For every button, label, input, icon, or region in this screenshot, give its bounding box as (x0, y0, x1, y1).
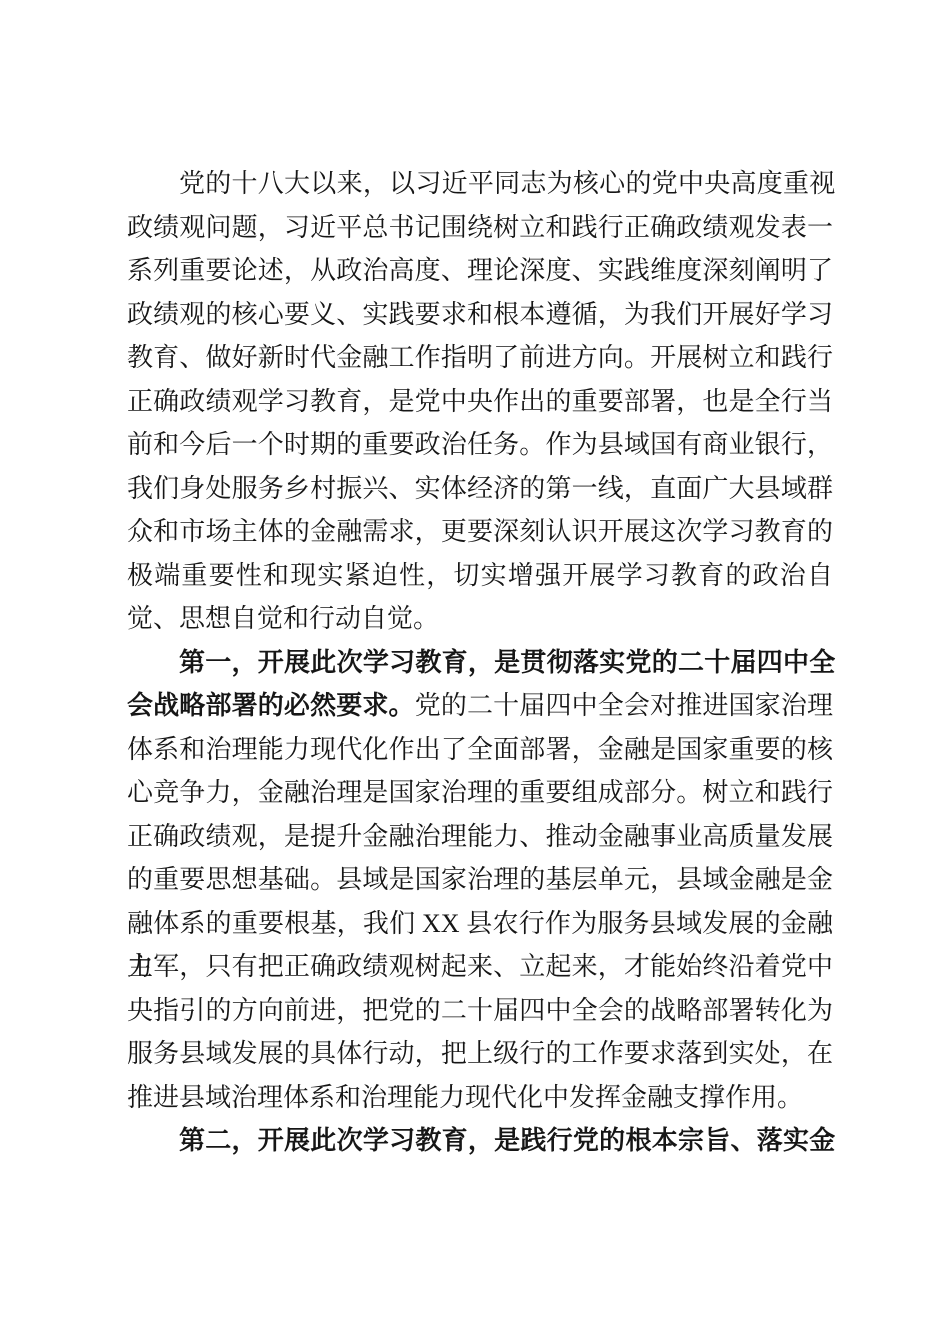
text-line: 服务县域发展的具体行动，把上级行的工作要求落到实处，在 (127, 1032, 833, 1076)
text-line: 力军，只有把正确政绩观树起来、立起来，才能始终沿着党中 (127, 945, 833, 989)
text-run: 正确政绩观学习教育，是党中央作出的重要部署，也是全行当 (127, 387, 833, 416)
text-run: 党的十八大以来，以习近平同志为核心的党中央高度重视 (179, 169, 833, 198)
bold-text-run: 第一，开展此次学习教育，是贯彻落实党的二十届四中全 (179, 648, 833, 677)
text-line: 第一，开展此次学习教育，是贯彻落实党的二十届四中全 (127, 641, 833, 685)
text-line: 会战略部署的必然要求。党的二十届四中全会对推进国家治理 (127, 684, 833, 728)
text-line: 的重要思想基础。县域是国家治理的基层单元，县域金融是金 (127, 858, 833, 902)
text-line: 推进县域治理体系和治理能力现代化中发挥金融支撑作用。 (127, 1076, 833, 1120)
text-line: 教育、做好新时代金融工作指明了前进方向。开展树立和践行 (127, 336, 833, 380)
text-run: 前和今后一个时期的重要政治任务。作为县域国有商业银行， (127, 430, 833, 459)
document-page: 党的十八大以来，以习近平同志为核心的党中央高度重视政绩观问题，习近平总书记围绕树… (0, 0, 950, 1344)
text-line: 极端重要性和现实紧迫性，切实增强开展学习教育的政治自 (127, 554, 833, 598)
text-run: 政绩观问题，习近平总书记围绕树立和践行正确政绩观发表一 (127, 213, 833, 242)
text-line: 系列重要论述，从政治高度、理论深度、实践维度深刻阐明了 (127, 249, 833, 293)
text-run: 央指引的方向前进，把党的二十届四中全会的战略部署转化为 (127, 996, 833, 1025)
text-run: 政绩观的核心要义、实践要求和根本遵循，为我们开展好学习 (127, 300, 833, 329)
bold-text-run: 第二，开展此次学习教育，是践行党的根本宗旨、落实金 (179, 1126, 833, 1155)
text-line: 正确政绩观学习教育，是党中央作出的重要部署，也是全行当 (127, 380, 833, 424)
text-line: 觉、思想自觉和行动自觉。 (127, 597, 833, 641)
text-line: 众和市场主体的金融需求，更要深刻认识开展这次学习教育的 (127, 510, 833, 554)
text-run: 正确政绩观，是提升金融治理能力、推动金融事业高质量发展 (127, 822, 833, 851)
bold-text-run: 会战略部署的必然要求。 (127, 691, 415, 720)
text-run: 服务县域发展的具体行动，把上级行的工作要求落到实处，在 (127, 1039, 833, 1068)
text-line: 心竞争力，金融治理是国家治理的重要组成部分。树立和践行 (127, 771, 833, 815)
text-run: 众和市场主体的金融需求，更要深刻认识开展这次学习教育的 (127, 517, 833, 546)
text-run: 心竞争力，金融治理是国家治理的重要组成部分。树立和践行 (127, 778, 833, 807)
text-line: 政绩观问题，习近平总书记围绕树立和践行正确政绩观发表一 (127, 206, 833, 250)
text-line: 我们身处服务乡村振兴、实体经济的第一线，直面广大县域群 (127, 467, 833, 511)
text-run: 觉、思想自觉和行动自觉。 (127, 604, 439, 633)
text-line: 前和今后一个时期的重要政治任务。作为县域国有商业银行， (127, 423, 833, 467)
text-run: 教育、做好新时代金融工作指明了前进方向。开展树立和践行 (127, 343, 833, 372)
text-run: 推进县域治理体系和治理能力现代化中发挥金融支撑作用。 (127, 1083, 803, 1112)
text-line: 正确政绩观，是提升金融治理能力、推动金融事业高质量发展 (127, 815, 833, 859)
text-line: 央指引的方向前进，把党的二十届四中全会的战略部署转化为 (127, 989, 833, 1033)
text-line: 党的十八大以来，以习近平同志为核心的党中央高度重视 (127, 162, 833, 206)
text-run: 体系和治理能力现代化作出了全面部署，金融是国家重要的核 (127, 735, 833, 764)
text-line: 第二，开展此次学习教育，是践行党的根本宗旨、落实金 (127, 1119, 833, 1163)
text-run: 我们身处服务乡村振兴、实体经济的第一线，直面广大县域群 (127, 474, 833, 503)
text-line: 融体系的重要根基，我们 XX 县农行作为服务县域发展的金融主 (127, 902, 833, 946)
text-run: 系列重要论述，从政治高度、理论深度、实践维度深刻阐明了 (127, 256, 833, 285)
text-run: 的重要思想基础。县域是国家治理的基层单元，县域金融是金 (127, 865, 833, 894)
text-line: 政绩观的核心要义、实践要求和根本遵循，为我们开展好学习 (127, 293, 833, 337)
document-body: 党的十八大以来，以习近平同志为核心的党中央高度重视政绩观问题，习近平总书记围绕树… (127, 162, 833, 1163)
text-run: 力军，只有把正确政绩观树起来、立起来，才能始终沿着党中 (127, 952, 833, 981)
text-run: 极端重要性和现实紧迫性，切实增强开展学习教育的政治自 (127, 561, 833, 590)
text-line: 体系和治理能力现代化作出了全面部署，金融是国家重要的核 (127, 728, 833, 772)
text-run: 党的二十届四中全会对推进国家治理 (415, 691, 833, 720)
